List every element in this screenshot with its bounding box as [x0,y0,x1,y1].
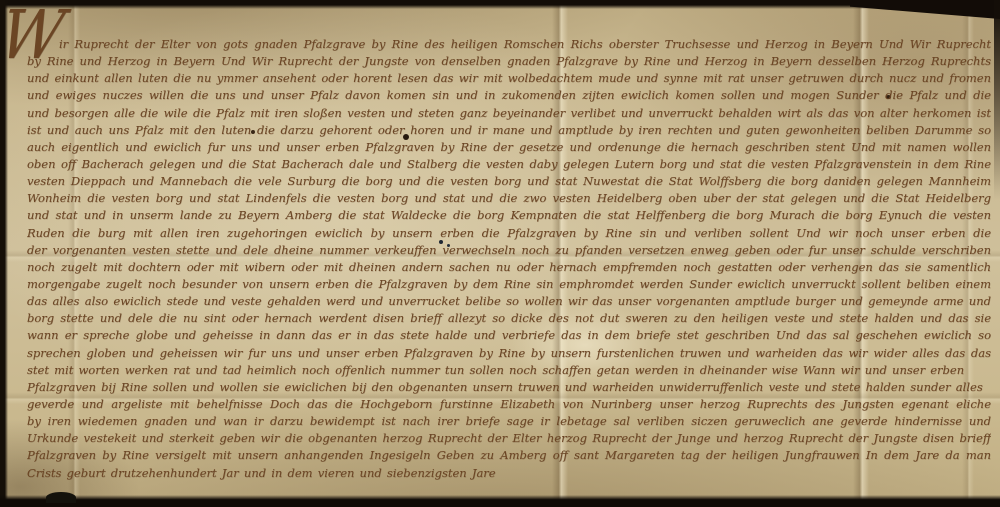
text-line-13: der vorgenanten vesten stette und dele d… [27,242,991,259]
photo-edge-notch [46,492,76,503]
text-line-12: Ruden die burg mit allen iren zugehoring… [27,225,991,242]
text-line-2: by Rine und Herzog in Beyern Und Wir Rup… [27,53,991,70]
text-line-19: sprechen globen und geheissen wir fur un… [27,345,991,362]
text-line-9: vesten Dieppach und Mannebach die vele S… [27,173,991,190]
text-line-25: Pfalzgraven by Rine versigelt mit unsern… [27,447,991,464]
text-line-10: Wonheim die vesten borg und stat Lindenf… [27,190,991,207]
text-line-22: geverde und argeliste mit behelfnisse Do… [27,396,991,413]
text-line-8: oben off Bacherach gelegen und die Stat … [27,156,991,173]
charter-text: ir Ruprecht der Elter von gots gnaden Pf… [27,36,991,482]
text-line-16: das alles also ewiclich stede und veste … [27,293,991,310]
text-line-17: borg stette und dele die nu sint oder he… [27,310,991,327]
text-line-1: ir Ruprecht der Elter von gots gnaden Pf… [27,36,991,53]
text-line-23: by iren wiedemen gnaden und wan ir darzu… [27,413,991,430]
text-line-24: Urkunde vestekeit und sterkeit geben wir… [27,430,991,447]
text-line-5: und besorgen alle die wile die Pfalz mit… [27,105,991,122]
text-line-14: noch zugelt mit dochtern oder mit wibern… [27,259,991,276]
text-line-26: Crists geburt drutzehenhundert Jar und i… [27,465,991,482]
text-line-3: und einkunt allen luten die nu ymmer ans… [27,70,991,87]
manuscript-photo: W ir Ruprecht der Elter von gots gnaden … [0,0,1000,507]
parchment: W ir Ruprecht der Elter von gots gnaden … [0,0,1000,507]
text-line-7: auch eigentlich und ewiclich fur uns und… [27,139,991,156]
text-line-11: und stat und in unserm lande zu Beyern A… [27,207,991,224]
text-line-18: wann er spreche globe und geheisse in da… [27,327,991,344]
text-line-20: stet mit worten werken rat und tad heiml… [27,362,991,379]
text-line-21: Pfalzgraven bij Rine sollen und wollen s… [27,379,991,396]
text-line-4: und ewiges nuczes willen die uns und uns… [27,87,991,104]
text-line-6: ist und auch uns Pfalz mit den luten die… [27,122,991,139]
text-line-15: morgengabe zugelt noch besunder von unse… [27,276,991,293]
